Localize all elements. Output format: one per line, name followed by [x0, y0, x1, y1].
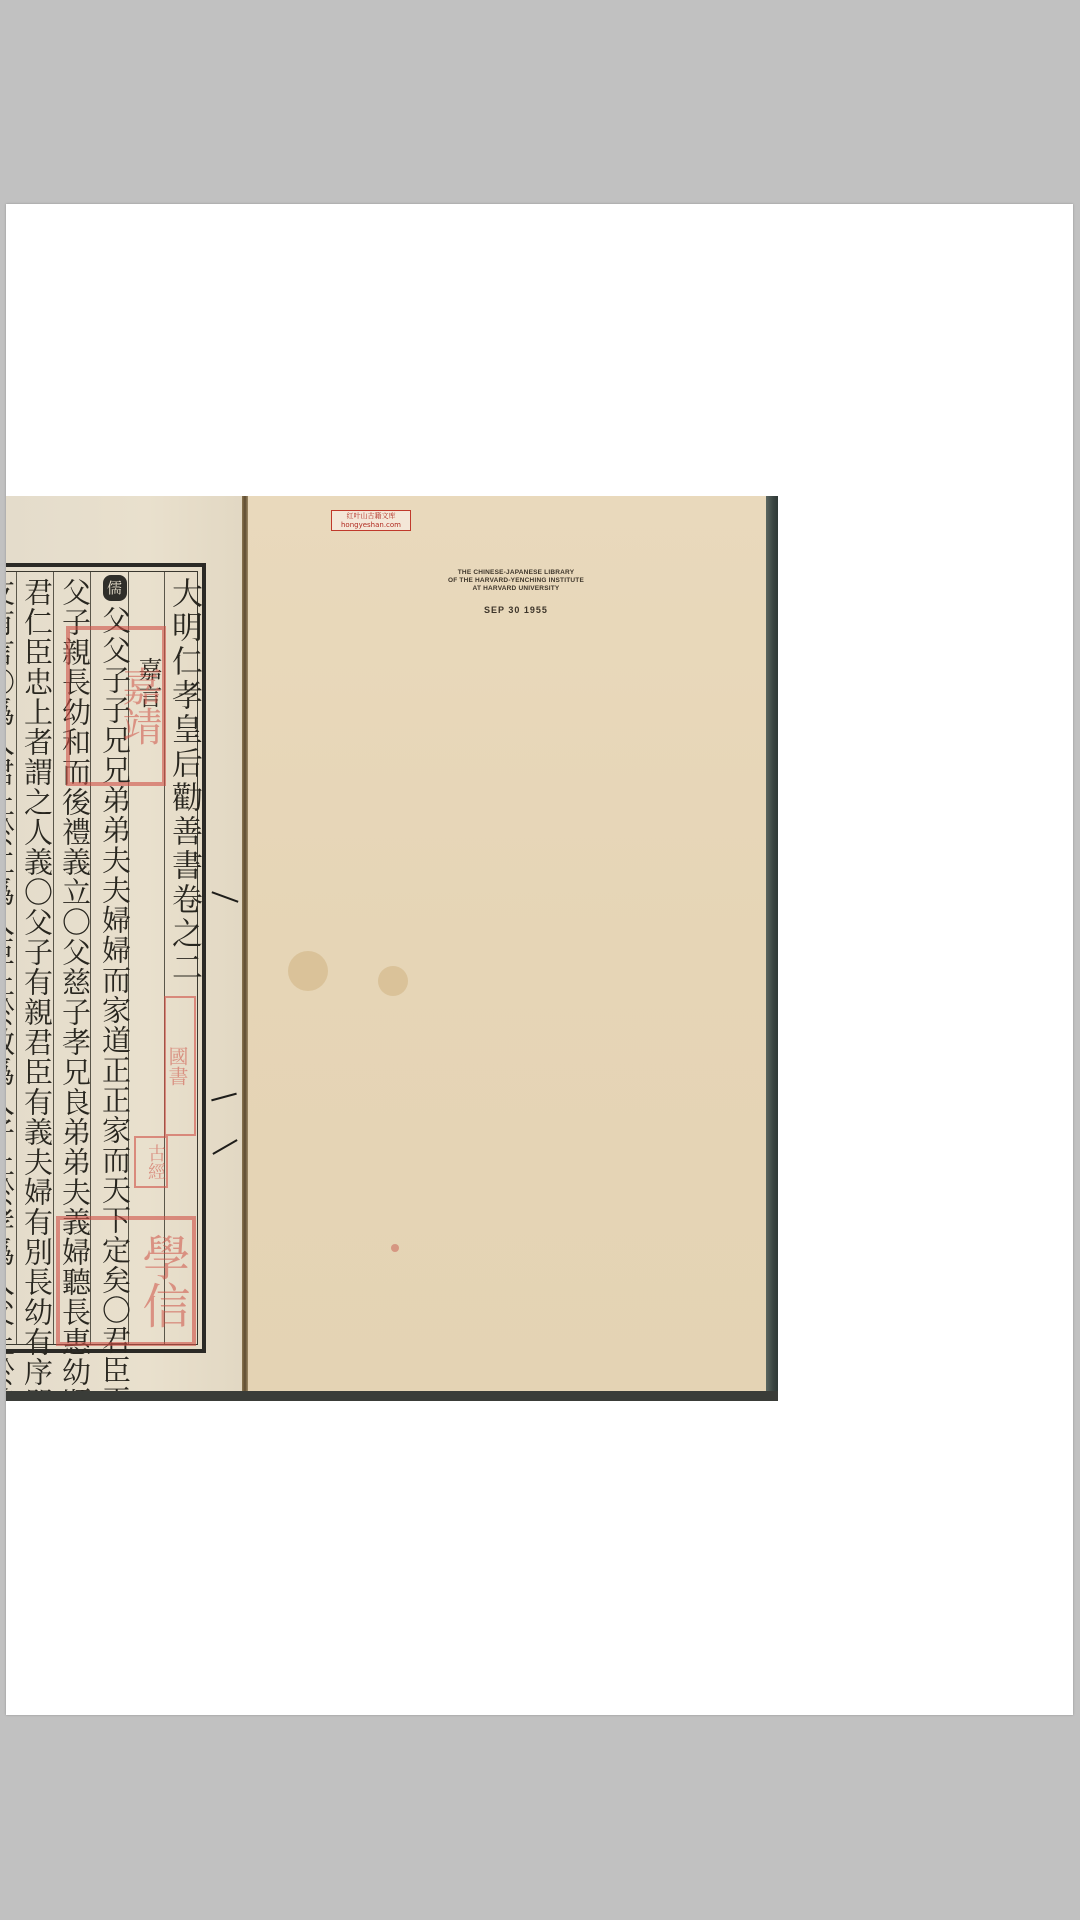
- text-column-3: 君仁臣忠上者謂之人義〇父子有親君臣有義夫婦有別長幼有序朋: [20, 577, 54, 1401]
- library-stamp: THE CHINESE-JAPANESE LIBRARY OF THE HARV…: [426, 569, 606, 614]
- page-damage: [212, 1139, 237, 1155]
- red-seal-large-bottom: 學信: [56, 1216, 196, 1346]
- left-leaf: 大明仁孝皇后勸善書卷之二 嘉言 儒父父子子兄兄弟弟夫夫婦婦而家道正正家而天下定矣…: [6, 496, 242, 1401]
- document-page: 大明仁孝皇后勸善書卷之二 嘉言 儒父父子子兄兄弟弟夫夫婦婦而家道正正家而天下定矣…: [6, 204, 1073, 1715]
- paper-stain: [288, 951, 328, 991]
- cover-edge: [766, 496, 778, 1401]
- book-scan-image: 大明仁孝皇后勸善書卷之二 嘉言 儒父父子子兄兄弟弟夫夫婦婦而家道正正家而天下定矣…: [6, 496, 778, 1401]
- title-column: 大明仁孝皇后勸善書卷之二: [166, 577, 202, 985]
- red-seal-narrow: 國書: [164, 996, 196, 1136]
- watermark-stamp: 红叶山古籍文库 hongyeshan.com: [331, 510, 411, 531]
- red-spot: [391, 1244, 399, 1252]
- text-column-4: 友有言〇爲人君止於仁爲人臣止於敬爲人子止於孝爲人父止於慈: [6, 577, 16, 1401]
- right-leaf: [248, 496, 768, 1401]
- accession-date: SEP 30 1955: [426, 606, 606, 614]
- paper-stain: [378, 966, 408, 996]
- red-seal-small: 古經: [134, 1136, 168, 1188]
- page-damage: [211, 1093, 237, 1102]
- red-seal-large-top: 嘉靖: [66, 626, 166, 786]
- page-damage: [212, 891, 239, 902]
- bottom-edge: [6, 1391, 778, 1401]
- category-badge: 儒: [103, 575, 127, 601]
